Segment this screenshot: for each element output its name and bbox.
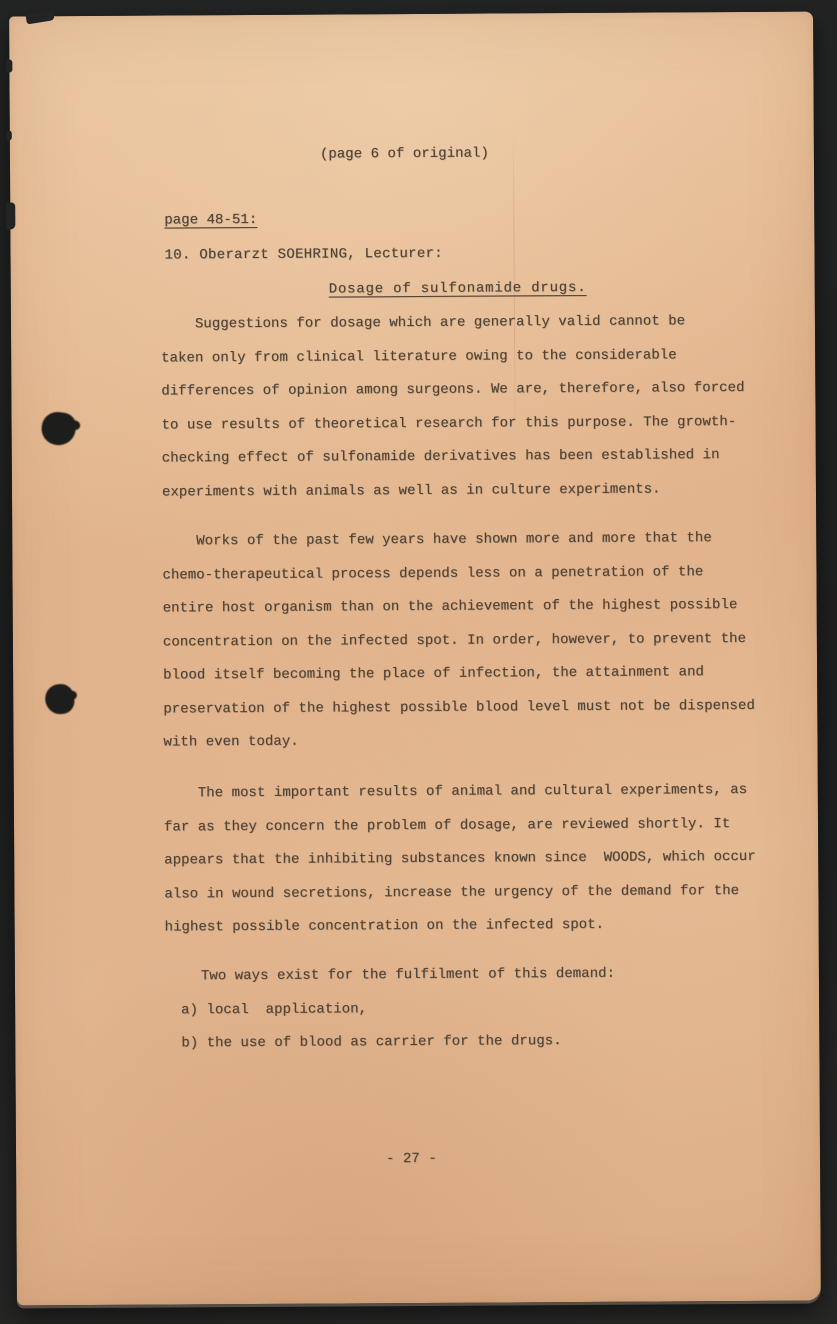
paper-edge-notch <box>6 59 12 72</box>
text-line: entire host organism than on the achieve… <box>163 589 773 626</box>
text-line: experiments with animals as well as in c… <box>162 472 772 509</box>
page-number: - 27 - <box>386 1143 437 1177</box>
text-line: also in wound secretions, increase the u… <box>164 874 774 911</box>
text-line: appears that the inhibiting substances k… <box>164 841 774 878</box>
scan-background: { "document": { "header_note": "(page 6 … <box>0 0 837 1324</box>
text-line: blood itself becoming the place of infec… <box>163 656 773 693</box>
paragraph: Two ways exist for the fulfilment of thi… <box>181 957 792 1061</box>
text-line: taken only from clinical literature owin… <box>161 338 771 375</box>
text-line: differences of opinion among surgeons. W… <box>161 372 771 409</box>
text-line: Two ways exist for the fulfilment of thi… <box>181 957 791 994</box>
text-line: preservation of the highest possible blo… <box>163 689 773 726</box>
text-line: concentration on the infected spot. In o… <box>163 622 773 659</box>
page-reference: page 48-51: <box>164 204 257 238</box>
section-title: Dosage of sulfonamide drugs. <box>329 272 587 307</box>
header-note: (page 6 of original) <box>320 138 489 173</box>
text-line: to use results of theoretical research f… <box>161 405 771 442</box>
paragraph: Works of the past few years have shown m… <box>162 522 773 760</box>
text-line: Suggestions for dosage which are general… <box>161 305 771 342</box>
paragraph: Suggestions for dosage which are general… <box>161 305 772 510</box>
text-line: Works of the past few years have shown m… <box>162 522 772 559</box>
text-line: with even today. <box>163 723 773 760</box>
document-page: (page 6 of original) page 48-51: 10. Obe… <box>9 12 821 1306</box>
text-line: highest possible concentration on the in… <box>165 908 775 945</box>
text-line: checking effect of sulfonamide derivativ… <box>162 439 772 476</box>
text-line: chemo-therapeutical process depends less… <box>162 555 772 592</box>
text-line: far as they concern the problem of dosag… <box>164 807 774 844</box>
punch-hole <box>40 410 78 447</box>
paper-edge-notch <box>6 202 15 229</box>
text-line: a) local application, <box>181 990 791 1027</box>
paper-edge-notch <box>25 10 54 24</box>
text-line: The most important results of animal and… <box>164 774 774 811</box>
paper-edge-notch <box>7 130 12 140</box>
punch-hole <box>44 683 76 716</box>
paragraph: The most important results of animal and… <box>164 774 775 945</box>
text-line: b) the use of blood as carrier for the d… <box>181 1024 791 1061</box>
lecturer-line: 10. Oberarzt SOEHRING, Lecturer: <box>164 238 443 273</box>
